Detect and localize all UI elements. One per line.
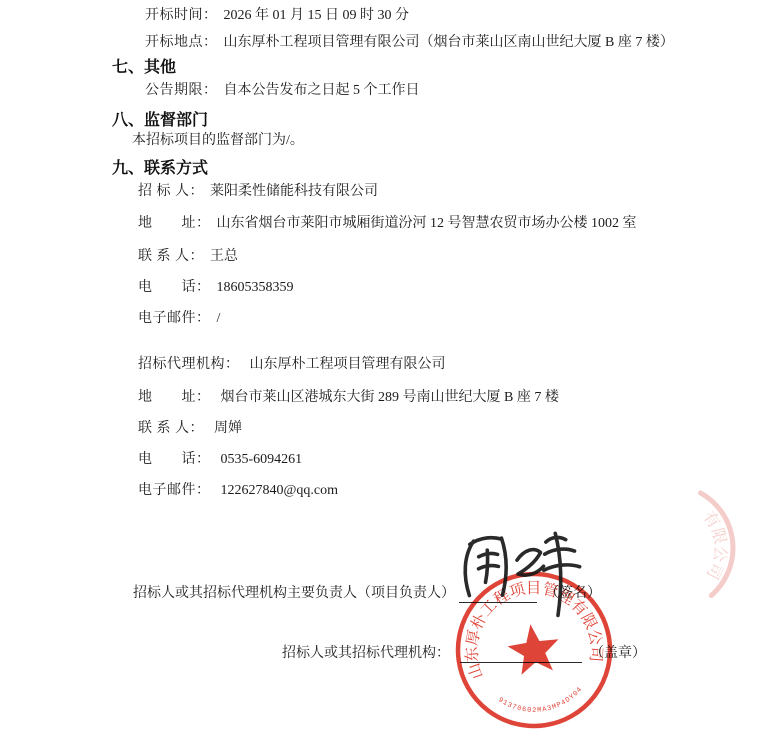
tenderer-phone-row: 电 话：18605358359: [138, 280, 294, 297]
tenderer-name-label: 招 标 人：: [138, 184, 204, 199]
agency-phone-value: 0535-6094261: [221, 452, 303, 467]
notice-period-line: 公告期限：自本公告发布之日起 5 个工作日: [145, 83, 420, 100]
agency-name-label: 招标代理机构：: [138, 357, 240, 372]
principal-signature-label: 招标人或其招标代理机构主要负责人（项目负责人）: [133, 586, 455, 601]
document-page: 开标时间：2026 年 01 月 15 日 09 时 30 分 开标地点：山东厚…: [0, 0, 758, 735]
tenderer-address-value: 山东省烟台市莱阳市城厢街道汾河 12 号智慧农贸市场办公楼 1002 室: [217, 216, 637, 231]
tenderer-contact-value: 王总: [210, 249, 238, 264]
notice-period-value: 自本公告发布之日起 5 个工作日: [224, 83, 420, 98]
handwritten-signature: [452, 524, 587, 624]
supervision-body: 本招标项目的监督部门为/。: [132, 133, 304, 150]
agency-email-label: 电子邮件：: [138, 483, 211, 498]
agency-phone-label: 电 话：: [138, 452, 211, 467]
agency-address-label: 地 址：: [138, 390, 211, 405]
tenderer-contact-label: 联 系 人：: [138, 249, 204, 264]
tenderer-name-row: 招 标 人：莱阳柔性储能科技有限公司: [138, 184, 378, 201]
agency-address-value: 烟台市莱山区港城东大街 289 号南山世纪大厦 B 座 7 楼: [221, 390, 559, 405]
tenderer-address-label: 地 址：: [138, 216, 211, 231]
faint-partial-stamp: 有限公司: [600, 478, 740, 658]
agency-name-value: 山东厚朴工程项目管理有限公司: [250, 357, 446, 372]
agency-contact-label: 联 系 人：: [138, 421, 204, 436]
bid-opening-place-value: 山东厚朴工程项目管理有限公司（烟台市莱山区南山世纪大厦 B 座 7 楼）: [224, 35, 674, 50]
section-supervision-heading: 八、监督部门: [112, 107, 208, 130]
tenderer-contact-row: 联 系 人：王总: [138, 249, 238, 266]
section-other-heading: 七、其他: [112, 54, 176, 77]
bid-opening-time-label: 开标时间：: [145, 8, 218, 23]
agency-contact-row: 联 系 人：周婵: [138, 421, 242, 438]
bid-opening-time-line: 开标时间：2026 年 01 月 15 日 09 时 30 分: [145, 8, 409, 25]
agency-phone-row: 电 话：0535-6094261: [138, 452, 302, 469]
bid-opening-time-value: 2026 年 01 月 15 日 09 时 30 分: [224, 8, 410, 23]
stamp-star-icon: [505, 621, 563, 676]
tenderer-phone-label: 电 话：: [138, 280, 211, 295]
tenderer-address-row: 地 址：山东省烟台市莱阳市城厢街道汾河 12 号智慧农贸市场办公楼 1002 室: [138, 216, 637, 233]
bid-opening-place-line: 开标地点：山东厚朴工程项目管理有限公司（烟台市莱山区南山世纪大厦 B 座 7 楼…: [145, 35, 674, 52]
agency-name-row: 招标代理机构：山东厚朴工程项目管理有限公司: [138, 357, 446, 374]
tenderer-email-value: /: [217, 311, 221, 326]
tenderer-phone-value: 18605358359: [217, 280, 294, 295]
agency-contact-value: 周婵: [214, 421, 242, 436]
tenderer-email-row: 电子邮件：/: [138, 311, 220, 328]
section-contact-heading: 九、联系方式: [112, 155, 208, 178]
tenderer-name-value: 莱阳柔性储能科技有限公司: [210, 184, 378, 199]
org-seal-label: 招标人或其招标代理机构：: [282, 646, 450, 661]
agency-address-row: 地 址：烟台市莱山区港城东大街 289 号南山世纪大厦 B 座 7 楼: [138, 390, 559, 407]
tenderer-email-label: 电子邮件：: [138, 311, 211, 326]
notice-period-label: 公告期限：: [145, 83, 218, 98]
agency-email-row: 电子邮件：122627840@qq.com: [138, 483, 338, 500]
bid-opening-place-label: 开标地点：: [145, 35, 218, 50]
agency-email-value: 122627840@qq.com: [221, 483, 339, 498]
